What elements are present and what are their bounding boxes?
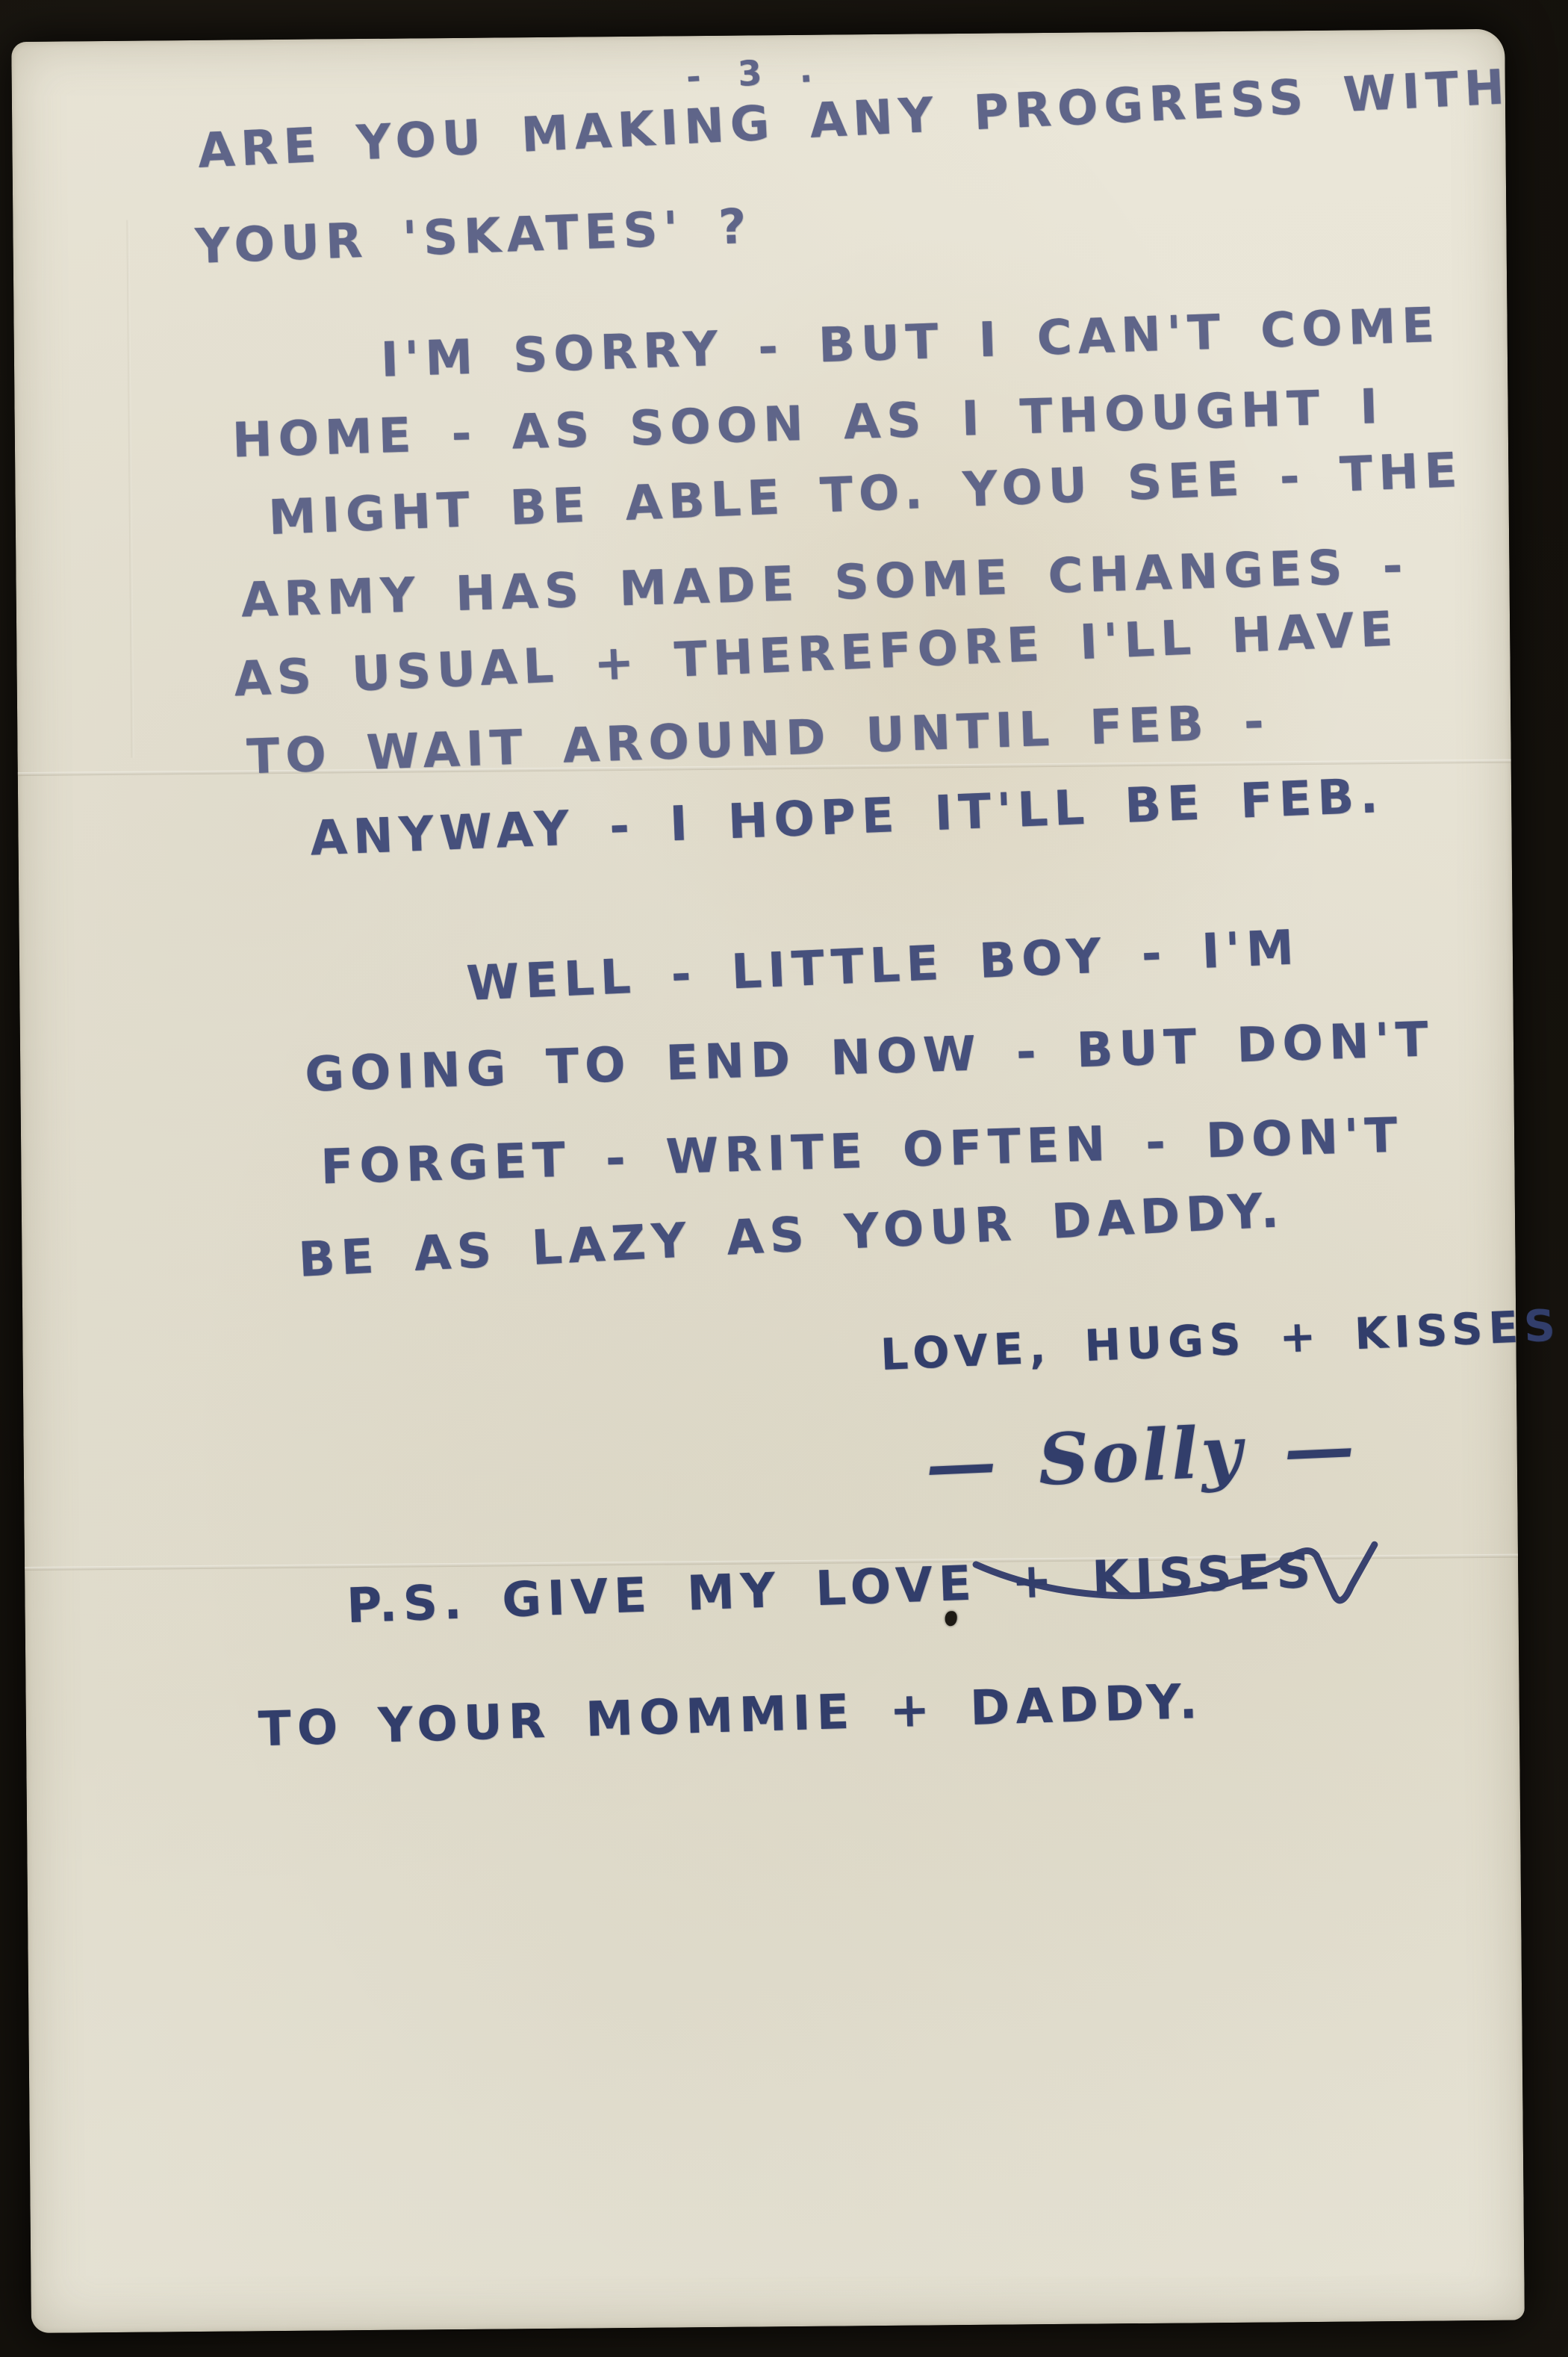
vertical-crease	[126, 220, 134, 758]
ps-line: TO YOUR MOMMIE + DADDY.	[258, 1674, 1204, 1758]
letter-line: ANYWAY - I HOPE IT'LL BE FEB.	[309, 768, 1385, 867]
letter-line: ARE YOU MAKING ANY PROGRESS WITH	[196, 60, 1511, 179]
letter-line: TO WAIT AROUND UNTIL FEB -	[246, 695, 1270, 786]
letter-line: BE AS LAZY AS YOUR DADDY.	[297, 1183, 1286, 1288]
signature: — Solly —	[924, 1406, 1359, 1506]
ps-line: P.S. GIVE MY LOVE + KISSES	[346, 1544, 1317, 1635]
valediction: LOVE, HUGS + KISSES	[880, 1299, 1562, 1380]
letter-line: I'M SORRY - BUT I CAN'T COME	[380, 298, 1441, 388]
paper-hole	[945, 1611, 957, 1626]
letter-line: GOING TO END NOW - BUT DON'T	[304, 1012, 1434, 1102]
letter-line: FORGET - WRITE OFTEN - DON'T	[320, 1108, 1404, 1196]
letter-line: YOUR 'SKATES' ?	[194, 199, 753, 275]
letter-page: - 3 . ARE YOU MAKING ANY PROGRESS WITH Y…	[11, 29, 1525, 2333]
letter-line: WELL - LITTLE BOY - I'M	[465, 920, 1301, 1012]
page-number: - 3 .	[685, 49, 824, 97]
